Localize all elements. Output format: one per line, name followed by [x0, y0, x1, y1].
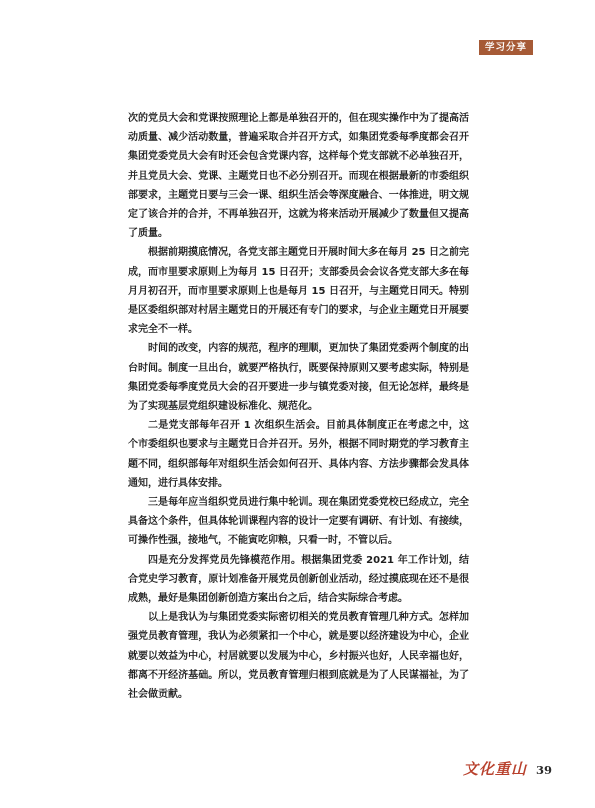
paragraph: 根据前期摸底情况，各党支部主题党日开展时间大多在每月 25 日之前完成，而市里要… — [128, 243, 469, 339]
article-body: 次的党员大会和党课按照理论上都是单独召开的，但在现实操作中为了提高活动质量、减少… — [128, 109, 469, 704]
paragraph: 次的党员大会和党课按照理论上都是单独召开的，但在现实操作中为了提高活动质量、减少… — [128, 109, 469, 243]
magazine-page: 学习分享 次的党员大会和党课按照理论上都是单独召开的，但在现实操作中为了提高活动… — [0, 0, 595, 808]
paragraph: 四是充分发挥党员先锋模范作用。根据集团党委 2021 年工作计划，结合党史学习教… — [128, 551, 469, 609]
page-footer: 文化重山 39 — [463, 758, 552, 779]
paragraph: 二是党支部每年召开 1 次组织生活会。目前具体制度正在考虑之中，这个市委组织也要… — [128, 416, 469, 493]
section-badge: 学习分享 — [479, 40, 533, 55]
paragraph: 三是每年应当组织党员进行集中轮训。现在集团党委党校已经成立，完全具备这个条件，但… — [128, 493, 469, 551]
journal-logo: 文化重山 — [463, 758, 527, 779]
paragraph: 时间的改变，内容的规范，程序的理顺，更加快了集团党委两个制度的出台时间。制度一旦… — [128, 339, 469, 416]
paragraph: 以上是我认为与集团党委实际密切相关的党员教育管理几种方式。怎样加强党员教育管理，… — [128, 608, 469, 704]
page-number: 39 — [536, 763, 552, 777]
